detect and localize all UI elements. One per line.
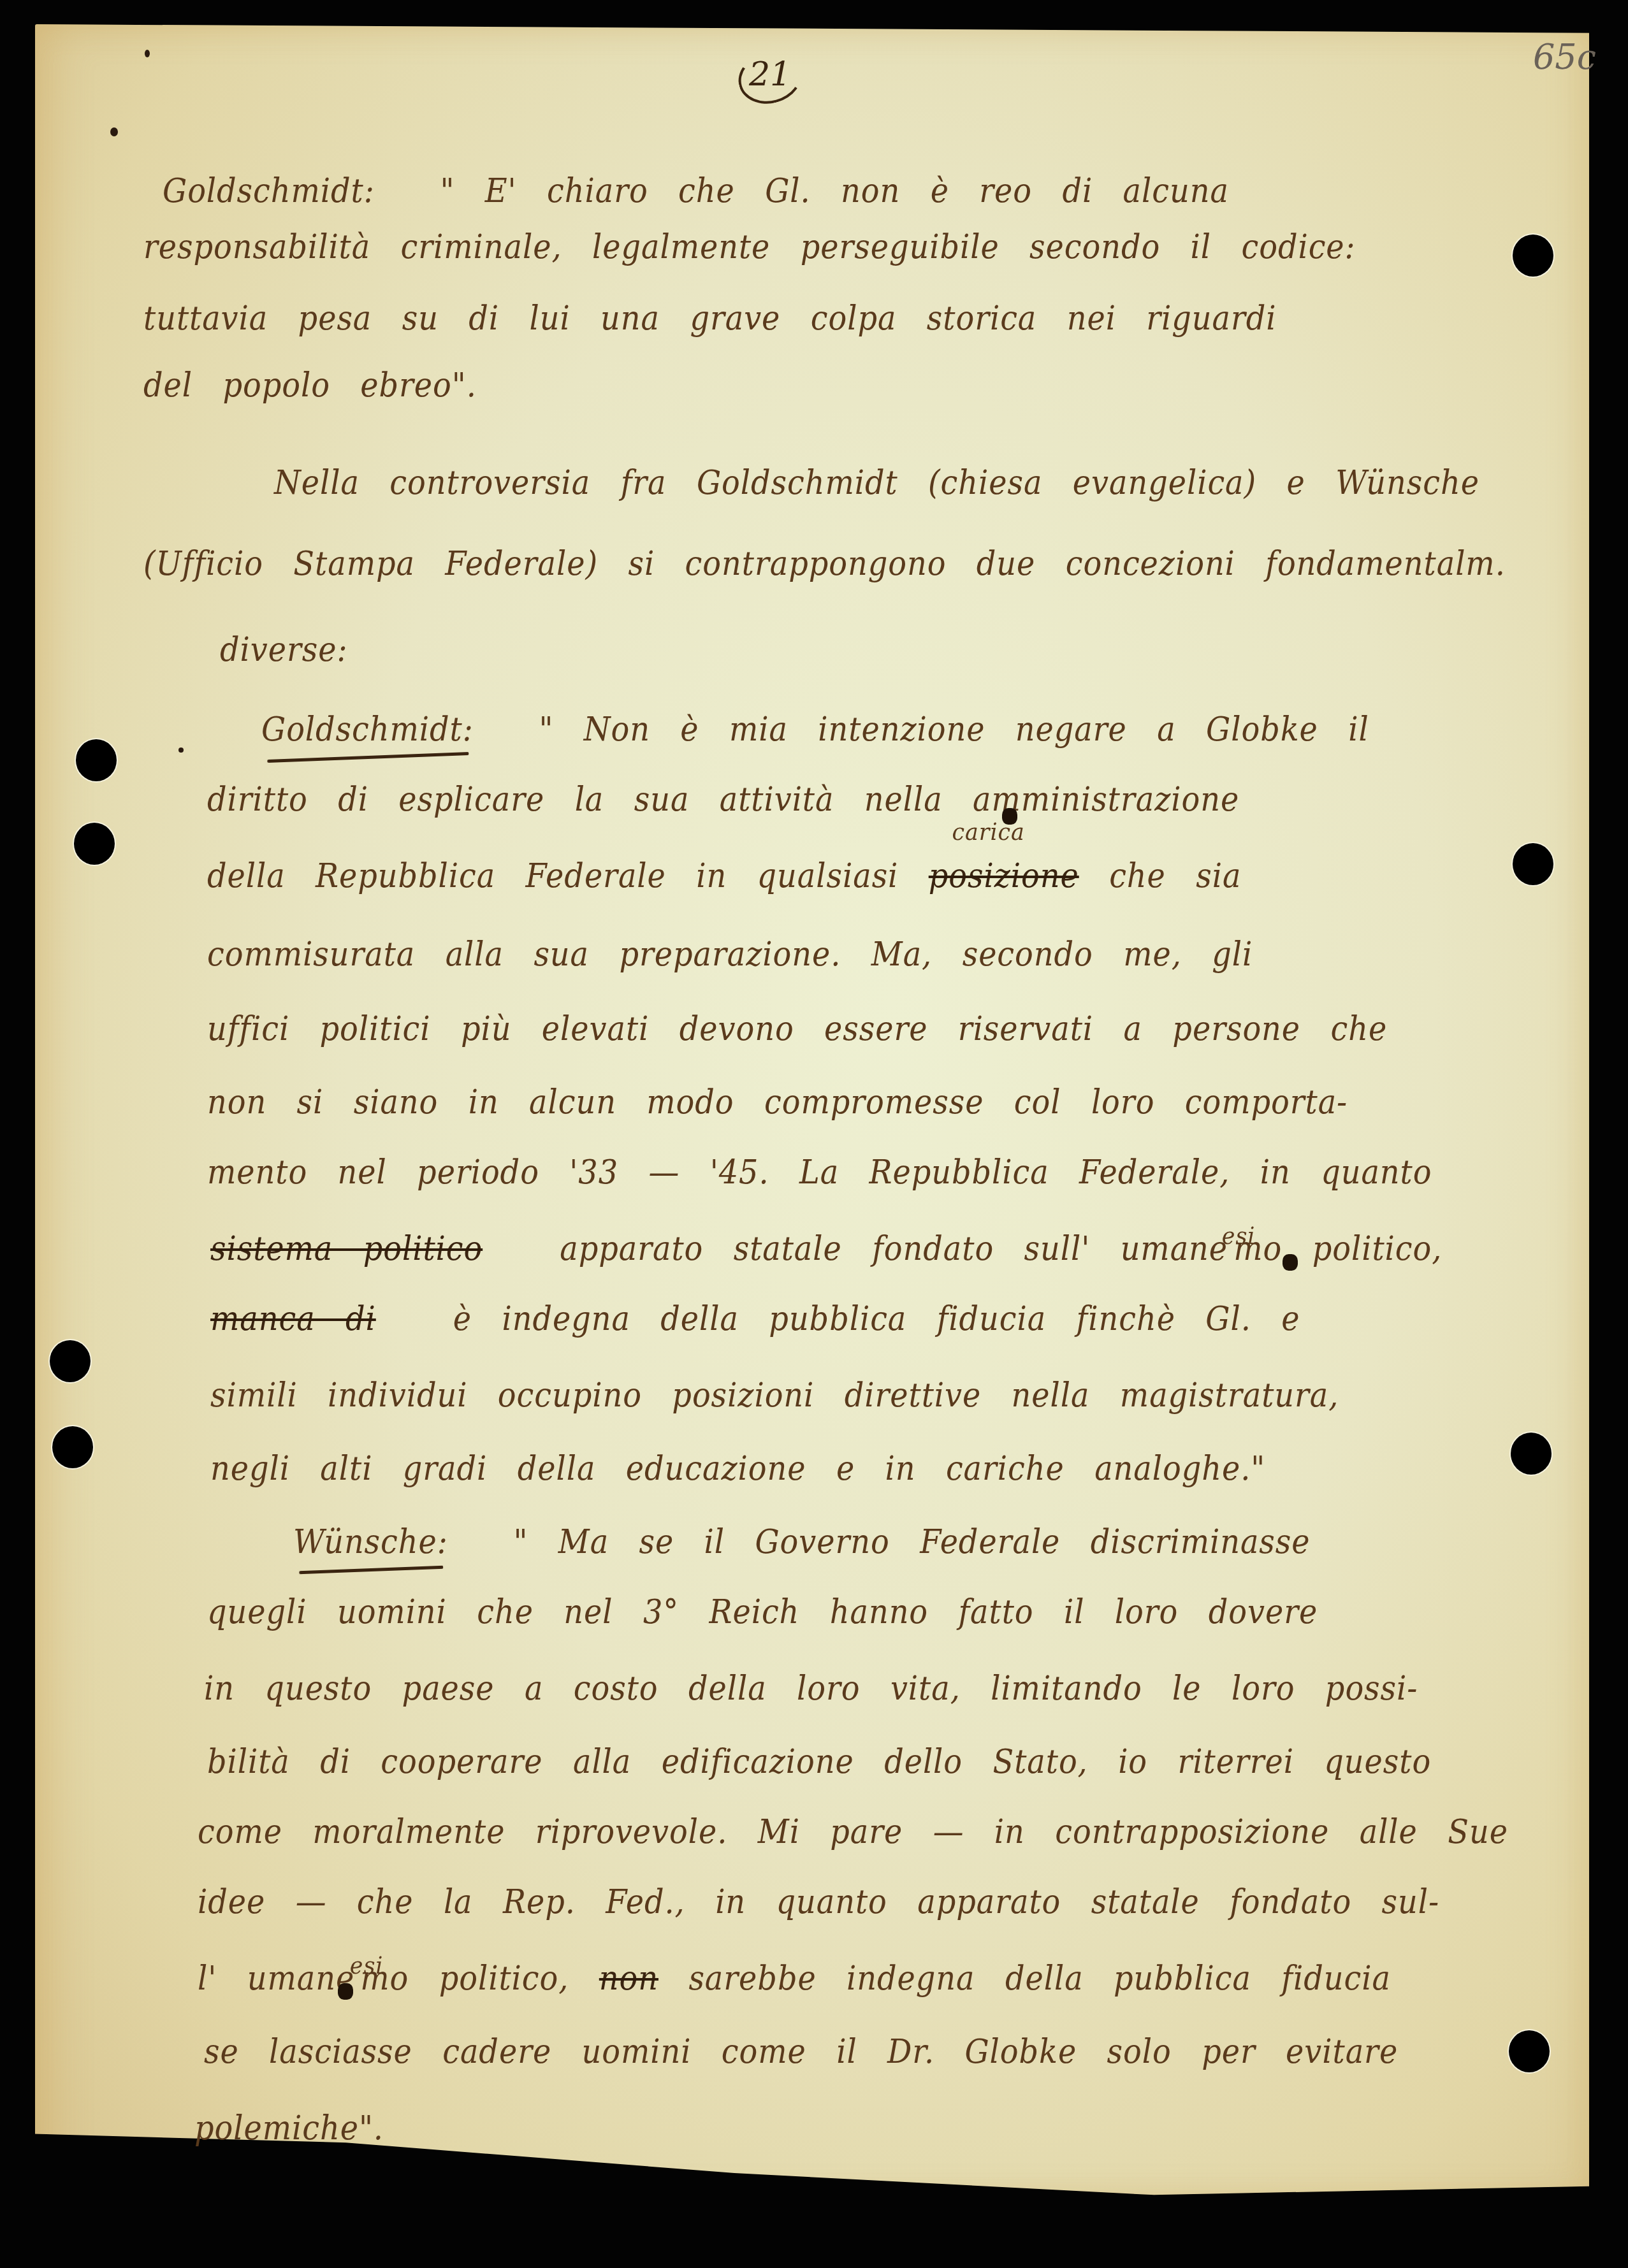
- text-line-7: diverse:: [220, 631, 347, 669]
- ink-speck: [145, 50, 150, 57]
- text-line-17: simili individui occupino posizioni dire…: [210, 1376, 1339, 1415]
- page-number: 21: [738, 52, 802, 103]
- line-text: quegli uomini che nel 3° Reich hanno fat…: [207, 1593, 1318, 1631]
- line-text: della Repubblica Federale in qualsiasi: [207, 857, 898, 895]
- line-text: " Non è mia intenzione negare a Globke i…: [539, 711, 1369, 749]
- ink-speck: [178, 748, 184, 753]
- speaker-label-underlined: Wünsche:: [293, 1523, 448, 1561]
- text-line-13: non si siano in alcun modo compromesse c…: [207, 1083, 1348, 1122]
- line-text: mo politico,: [1233, 1230, 1442, 1268]
- archive-number: 65c: [1533, 37, 1596, 77]
- punch-hole-right-2: [1513, 843, 1553, 885]
- line-text: del popolo ebreo".: [143, 366, 477, 405]
- line-text: tuttavia pesa su di lui una grave colpa …: [143, 300, 1277, 338]
- text-line-5: Nella controversia fra Goldschmidt (chie…: [274, 464, 1479, 502]
- line-text: uffici politici più elevati devono esser…: [207, 1010, 1387, 1048]
- line-text: idee — che la Rep. Fed., in quanto appar…: [198, 1883, 1439, 1921]
- inserted-correction: esi: [350, 1951, 384, 1979]
- text-line-22: bilità di cooperare alla edificazione de…: [207, 1743, 1431, 1781]
- text-line-8: Goldschmidt: " Non è mia intenzione nega…: [261, 711, 1369, 749]
- line-text: (Ufficio Stampa Federale) si contrappong…: [143, 545, 1506, 583]
- punch-hole-right-1: [1513, 235, 1553, 277]
- line-text: " Ma se il Governo Federale discriminass…: [513, 1523, 1310, 1561]
- text-line-6: (Ufficio Stampa Federale) si contrappong…: [143, 545, 1506, 583]
- line-text: l' umane: [198, 1960, 354, 1998]
- punch-hole-left-4: [52, 1426, 93, 1468]
- text-line-26: se lasciasse cadere uomini come il Dr. G…: [204, 2033, 1398, 2071]
- text-line-20: quegli uomini che nel 3° Reich hanno fat…: [207, 1593, 1318, 1631]
- text-line-12: uffici politici più elevati devono esser…: [207, 1010, 1387, 1048]
- line-text: mo politico,: [360, 1960, 569, 1998]
- punch-hole-left-2: [74, 823, 115, 865]
- punch-hole-left-1: [76, 739, 117, 781]
- ink-blot: [1283, 1254, 1298, 1271]
- text-line-3: tuttavia pesa su di lui una grave colpa …: [143, 300, 1277, 338]
- punch-hole-right-3: [1511, 1433, 1552, 1475]
- text-line-1: Goldschmidt: " E' chiaro che Gl. non è r…: [163, 172, 1229, 210]
- text-line-27: polemiche".: [194, 2109, 384, 2148]
- speaker-label: Goldschmidt:: [163, 172, 375, 210]
- struck-text: posizione: [929, 857, 1079, 895]
- line-text: commisurata alla sua preparazione. Ma, s…: [207, 935, 1253, 974]
- struck-text: sistema politico: [210, 1230, 483, 1268]
- struck-text: manca di: [210, 1300, 376, 1338]
- text-line-9: diritto di esplicare la sua attività nel…: [207, 781, 1239, 819]
- text-line-19: Wünsche: " Ma se il Governo Federale dis…: [293, 1523, 1311, 1561]
- text-line-2: responsabilità criminale, legalmente per…: [143, 228, 1356, 266]
- inserted-correction: esi: [1222, 1222, 1256, 1250]
- line-text: mento nel periodo '33 — '45. La Repubbli…: [207, 1153, 1432, 1192]
- line-text: che sia: [1109, 857, 1241, 895]
- text-line-11: commisurata alla sua preparazione. Ma, s…: [207, 935, 1253, 974]
- text-line-14: mento nel periodo '33 — '45. La Repubbli…: [207, 1153, 1432, 1192]
- line-text: è indegna della pubblica fiducia finchè …: [453, 1300, 1300, 1338]
- line-text: simili individui occupino posizioni dire…: [210, 1376, 1339, 1415]
- line-text: se lasciasse cadere uomini come il Dr. G…: [204, 2033, 1398, 2071]
- line-text: responsabilità criminale, legalmente per…: [143, 228, 1356, 266]
- punch-hole-left-3: [50, 1340, 91, 1382]
- line-text: come moralmente riprovevole. Mi pare — i…: [198, 1813, 1508, 1851]
- text-line-4: del popolo ebreo".: [143, 366, 477, 405]
- text-line-16: manca di è indegna della pubblica fiduci…: [210, 1300, 1300, 1338]
- text-line-18: negli alti gradi della educazione e in c…: [210, 1450, 1265, 1488]
- inserted-correction: carica: [952, 818, 1025, 846]
- text-line-24: idee — che la Rep. Fed., in quanto appar…: [198, 1883, 1439, 1921]
- page-number-circle: [732, 45, 807, 110]
- punch-hole-right-4: [1509, 2030, 1550, 2072]
- line-text: in questo paese a costo della loro vita,…: [204, 1670, 1418, 1708]
- line-text: bilità di cooperare alla edificazione de…: [207, 1743, 1431, 1781]
- text-line-15: sistema politico apparato statale fondat…: [210, 1230, 1442, 1268]
- text-line-25: l' umaneesimo politico, non sarebbe inde…: [198, 1960, 1391, 1998]
- speaker-label-underlined: Goldschmidt:: [261, 711, 474, 749]
- line-text: diverse:: [220, 631, 347, 669]
- line-text: sarebbe indegna della pubblica fiducia: [688, 1960, 1390, 1998]
- text-line-23: come moralmente riprovevole. Mi pare — i…: [198, 1813, 1508, 1851]
- line-text: non si siano in alcun modo compromesse c…: [207, 1083, 1348, 1122]
- ink-speck: [110, 127, 118, 136]
- struck-text: non: [599, 1960, 658, 1998]
- line-text: diritto di esplicare la sua attività nel…: [207, 781, 1239, 819]
- text-line-10: della Repubblica Federale in qualsiasi c…: [207, 857, 1241, 895]
- line-text: polemiche".: [194, 2109, 384, 2148]
- text-line-21: in questo paese a costo della loro vita,…: [204, 1670, 1418, 1708]
- line-text: Nella controversia fra Goldschmidt (chie…: [274, 464, 1479, 502]
- line-text: " E' chiaro che Gl. non è reo di alcuna: [440, 172, 1228, 210]
- ink-blot: [338, 1983, 353, 2000]
- line-text: apparato statale fondato sull' umane: [560, 1230, 1228, 1268]
- line-text: negli alti gradi della educazione e in c…: [210, 1450, 1265, 1488]
